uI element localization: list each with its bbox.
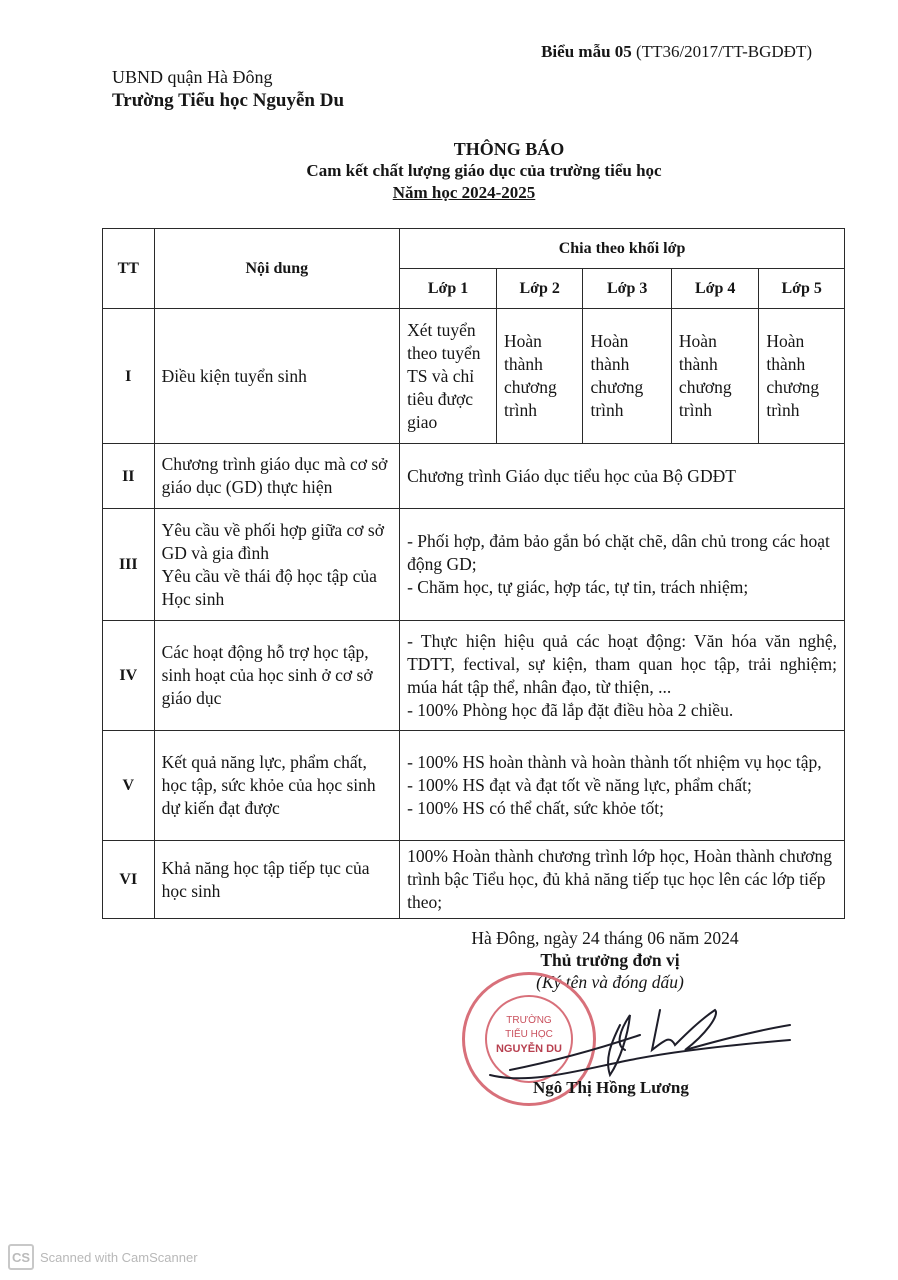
header-grade-group: Chia theo khối lớp — [400, 229, 845, 269]
detail-line: - 100% HS hoàn thành và hoàn thành tốt n… — [407, 751, 837, 774]
commitment-table: TT Nội dung Chia theo khối lớp Lớp 1 Lớp… — [102, 228, 845, 919]
signer-position: Thủ trưởng đơn vị — [450, 949, 770, 971]
row-number: IV — [103, 621, 155, 731]
detail-line: - 100% HS có thể chất, sức khỏe tốt; — [407, 797, 837, 820]
table-row: VI Khả năng học tập tiếp tục của học sin… — [103, 841, 845, 919]
row-content: Khả năng học tập tiếp tục của học sinh — [154, 841, 400, 919]
detail-line: - 100% Phòng học đã lắp đặt điều hòa 2 c… — [407, 699, 837, 722]
table-row: II Chương trình giáo dục mà cơ sở giáo d… — [103, 444, 845, 509]
detail-line: 100% Hoàn thành chương trình lớp học, Ho… — [407, 845, 837, 914]
detail-line: - 100% HS đạt và đạt tốt về năng lực, ph… — [407, 774, 837, 797]
table-row: IV Các hoạt động hỗ trợ học tập, sinh ho… — [103, 621, 845, 731]
header-grade-2: Lớp 2 — [496, 269, 583, 309]
school-year: Năm học 2024-2025 — [30, 182, 898, 204]
row-content: Chương trình giáo dục mà cơ sở giáo dục … — [154, 444, 400, 509]
camscanner-watermark: CS Scanned with CamScanner — [8, 1244, 198, 1270]
row-detail: 100% Hoàn thành chương trình lớp học, Ho… — [400, 841, 845, 919]
header-grade-3: Lớp 3 — [583, 269, 671, 309]
detail-line: - Chăm học, tự giác, hợp tác, tự tin, tr… — [407, 576, 837, 599]
table-header-row: TT Nội dung Chia theo khối lớp — [103, 229, 845, 269]
signature-block: Hà Đông, ngày 24 tháng 06 năm 2024 Thủ t… — [440, 927, 770, 993]
table-row: V Kết quả năng lực, phẩm chất, học tập, … — [103, 731, 845, 841]
row-detail: - 100% HS hoàn thành và hoàn thành tốt n… — [400, 731, 845, 841]
grade-1-value: Xét tuyển theo tuyển TS và chỉ tiêu được… — [400, 309, 497, 444]
header-tt: TT — [103, 229, 155, 309]
detail-line: - Phối hợp, đảm bảo gắn bó chặt chẽ, dân… — [407, 530, 837, 576]
grade-2-value: Hoàn thành chương trình — [496, 309, 583, 444]
row-number: I — [103, 309, 155, 444]
detail-line: Chương trình Giáo dục tiểu học của Bộ GD… — [407, 465, 837, 488]
camscanner-logo-icon: CS — [8, 1244, 34, 1270]
signer-name: Ngô Thị Hồng Lương — [533, 1078, 689, 1098]
grade-5-value: Hoàn thành chương trình — [759, 309, 845, 444]
row-content: Yêu cầu về phối hợp giữa cơ sở GD và gia… — [154, 509, 400, 621]
header-grade-1: Lớp 1 — [400, 269, 497, 309]
authority-name: UBND quận Hà Đông — [112, 66, 344, 89]
header-grade-4: Lớp 4 — [671, 269, 758, 309]
watermark-text: Scanned with CamScanner — [40, 1250, 198, 1265]
row-number: V — [103, 731, 155, 841]
table-row: I Điều kiện tuyển sinh Xét tuyển theo tu… — [103, 309, 845, 444]
table-row: III Yêu cầu về phối hợp giữa cơ sở GD và… — [103, 509, 845, 621]
row-content: Các hoạt động hỗ trợ học tập, sinh hoạt … — [154, 621, 400, 731]
row-detail: - Thực hiện hiệu quả các hoạt động: Văn … — [400, 621, 845, 731]
document-title-block: THÔNG BÁO Cam kết chất lượng giáo dục củ… — [0, 138, 898, 204]
form-code-number: Biểu mẫu 05 — [541, 42, 632, 61]
form-code-ref: (TT36/2017/TT-BGDĐT) — [636, 42, 812, 61]
school-name: Trường Tiểu học Nguyễn Du — [112, 89, 344, 112]
row-number: III — [103, 509, 155, 621]
header-grade-5: Lớp 5 — [759, 269, 845, 309]
document-subtitle: Cam kết chất lượng giáo dục của trường t… — [70, 160, 898, 182]
issuing-organization: UBND quận Hà Đông Trường Tiểu học Nguyễn… — [112, 66, 344, 112]
header-content: Nội dung — [154, 229, 400, 309]
grade-3-value: Hoàn thành chương trình — [583, 309, 671, 444]
grade-4-value: Hoàn thành chương trình — [671, 309, 758, 444]
document-title: THÔNG BÁO — [120, 138, 898, 160]
row-number: II — [103, 444, 155, 509]
content-line: Yêu cầu về thái độ học tập của Học sinh — [162, 565, 393, 611]
detail-line: - Thực hiện hiệu quả các hoạt động: Văn … — [407, 630, 837, 699]
row-content: Kết quả năng lực, phẩm chất, học tập, sứ… — [154, 731, 400, 841]
place-date: Hà Đông, ngày 24 tháng 06 năm 2024 — [440, 927, 770, 949]
content-line: Yêu cầu về phối hợp giữa cơ sở GD và gia… — [162, 519, 393, 565]
row-content: Điều kiện tuyển sinh — [154, 309, 400, 444]
form-code: Biểu mẫu 05 (TT36/2017/TT-BGDĐT) — [541, 42, 812, 62]
row-detail: - Phối hợp, đảm bảo gắn bó chặt chẽ, dân… — [400, 509, 845, 621]
row-detail: Chương trình Giáo dục tiểu học của Bộ GD… — [400, 444, 845, 509]
row-number: VI — [103, 841, 155, 919]
